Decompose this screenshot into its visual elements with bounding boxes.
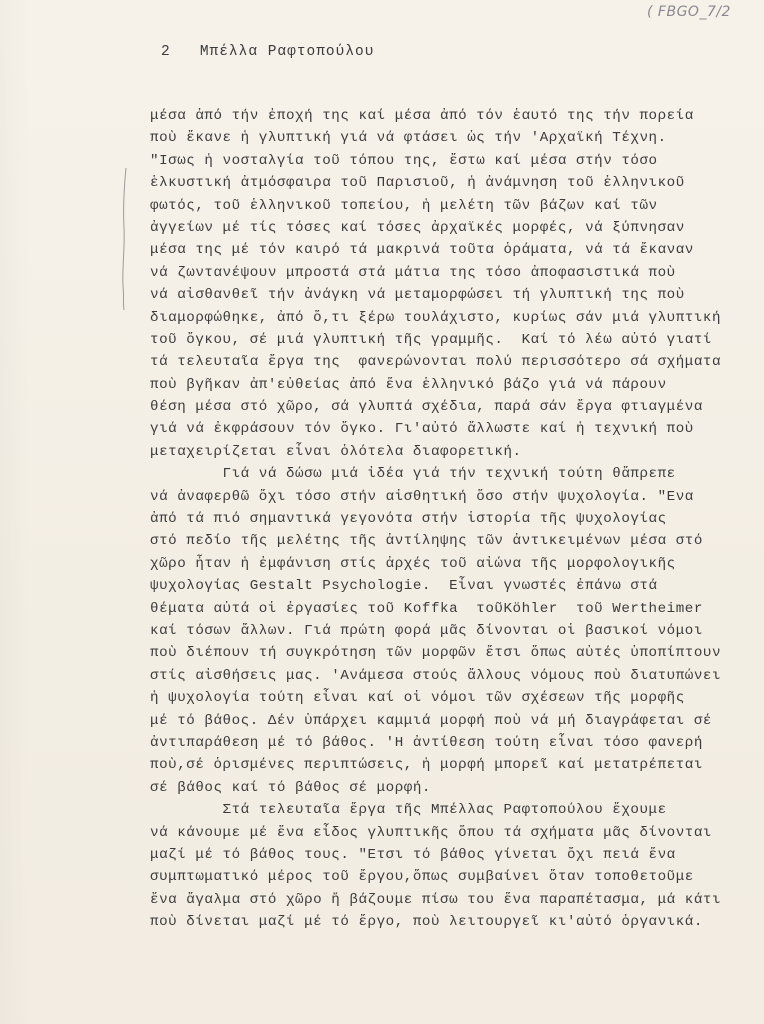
text-line: νά ζωντανέψουν μπροστά στά μάτια της τόσ… (150, 262, 750, 284)
body-text: μέσα ἀπό τήν ἐποχή της καί μέσα ἀπό τόν … (150, 105, 750, 933)
text-line: γιά νά ἐκφράσουν τόν ὄγκο. Γι'αὐτό ἄλλωσ… (150, 418, 750, 440)
text-line: χῶρο ἦταν ἡ ἐμφάνιση στίς ἀρχές τοῦ αἰών… (150, 553, 750, 575)
text-line: ποὺ διέπουν τή συγκρότηση τῶν μορφῶν ἔτσ… (150, 642, 750, 664)
text-line: ἑλκυστική ἀτμόσφαιρα τοῦ Παρισιοῦ, ἡ ἀνά… (150, 172, 750, 194)
running-head: 2 Μπέλλα Ραφτοπούλου (161, 44, 374, 60)
text-line: φωτός, τοῦ ἑλληνικοῦ τοπείου, ἡ μελέτη τ… (150, 195, 750, 217)
text-line: στίς αἰσθήσεις μας. 'Ανάμεσα στούς ἄλλου… (150, 665, 750, 687)
text-line: μέ τό βάθος. Δέν ὑπάρχει καμμιά μορφή πο… (150, 710, 750, 732)
text-line: "Ισως ἡ νοσταλγία τοῦ τόπου της, ἔστω κα… (150, 150, 750, 172)
text-line: τοῦ ὄγκου, σέ μιά γλυπτική τῆς γραμμῆς. … (150, 329, 750, 351)
typewritten-page: ( FBGO_7/2 2 Μπέλλα Ραφτοπούλου μέσα ἀπό… (0, 0, 764, 1024)
paragraph-start-line: Στά τελευταῖα ἔργα τῆς Μπέλλας Ραφτοπούλ… (150, 799, 750, 821)
text-line: ποὺ βγῆκαν ἀπ'εὐθείας ἀπό ἕνα ἑλληνικό β… (150, 374, 750, 396)
text-line: σέ βάθος καί τό βάθος σέ μορφή. (150, 777, 750, 799)
text-line: νά αἰσθανθεῖ τήν ἀνάγκη νά μεταμορφώσει … (150, 284, 750, 306)
text-line: ἀντιπαράθεση μέ τό βάθος. 'Η ἀντίθεση το… (150, 732, 750, 754)
text-line: θέματα αὐτά οἱ ἐργασίες τοῦ Koffka τοῦKö… (150, 598, 750, 620)
paragraph-start-line: Γιά νά δώσω μιά ἰδέα γιά τήν τεχνική τού… (150, 463, 750, 485)
text-line: καί τόσων ἄλλων. Γιά πρώτη φορά μᾶς δίνο… (150, 620, 750, 642)
text-line: θέση μέσα στό χῶρο, σά γλυπτά σχέδια, πα… (150, 396, 750, 418)
text-line: τά τελευταῖα ἔργα της φανερώνονται πολύ … (150, 351, 750, 373)
archive-reference-annotation: ( FBGO_7/2 (647, 4, 731, 20)
margin-bracket-mark (119, 168, 129, 310)
text-line: μέσα της μέ τόν καιρό τά μακρινά τοῦτα ὁ… (150, 239, 750, 261)
text-line: στό πεδίο τῆς μελέτης τῆς ἀντίληψης τῶν … (150, 530, 750, 552)
text-line: ἕνα ἄγαλμα στό χῶρο ἤ βάζουμε πίσω του ἕ… (150, 889, 750, 911)
page-number: 2 (161, 44, 171, 60)
text-line: ποὺ δίνεται μαζί μέ τό ἔργο, ποὺ λειτουρ… (150, 911, 750, 933)
text-line: ποὺ ἔκανε ἡ γλυπτική γιά νά φτάσει ὡς τή… (150, 127, 750, 149)
text-line: ψυχολογίας Gestalt Psychologie. Εἶναι γν… (150, 575, 750, 597)
text-line: ποὺ,σέ ὁρισμένες περιπτώσεις, ἡ μορφή μπ… (150, 754, 750, 776)
text-line: μέσα ἀπό τήν ἐποχή της καί μέσα ἀπό τόν … (150, 105, 750, 127)
text-line: ἀπό τά πιό σημαντικά γεγονότα στήν ἱστορ… (150, 508, 750, 530)
text-line: ἀγγείων μέ τίς τόσες καί τόσες ἀρχαϊκές … (150, 217, 750, 239)
text-line: συμπτωματικό μέρος τοῦ ἔργου,ὅπως συμβαί… (150, 866, 750, 888)
text-line: νά ἀναφερθῶ ὄχι τόσο στήν αἰσθητική ὅσο … (150, 486, 750, 508)
text-line: ἡ ψυχολογία τούτη εἶναι καί οἱ νόμοι τῶν… (150, 687, 750, 709)
text-line: νά κάνουμε μέ ἕνα εἶδος γλυπτικῆς ὅπου τ… (150, 822, 750, 844)
text-line: διαμορφώθηκε, ἀπό ὅ,τι ξέρω τουλάχιστο, … (150, 307, 750, 329)
text-line: μαζί μέ τό βάθος τους. "Ετσι τό βάθος γί… (150, 844, 750, 866)
author-name: Μπέλλα Ραφτοπούλου (200, 44, 375, 60)
text-line: μεταχειρίζεται εἶναι ὁλότελα διαφορετική… (150, 441, 750, 463)
